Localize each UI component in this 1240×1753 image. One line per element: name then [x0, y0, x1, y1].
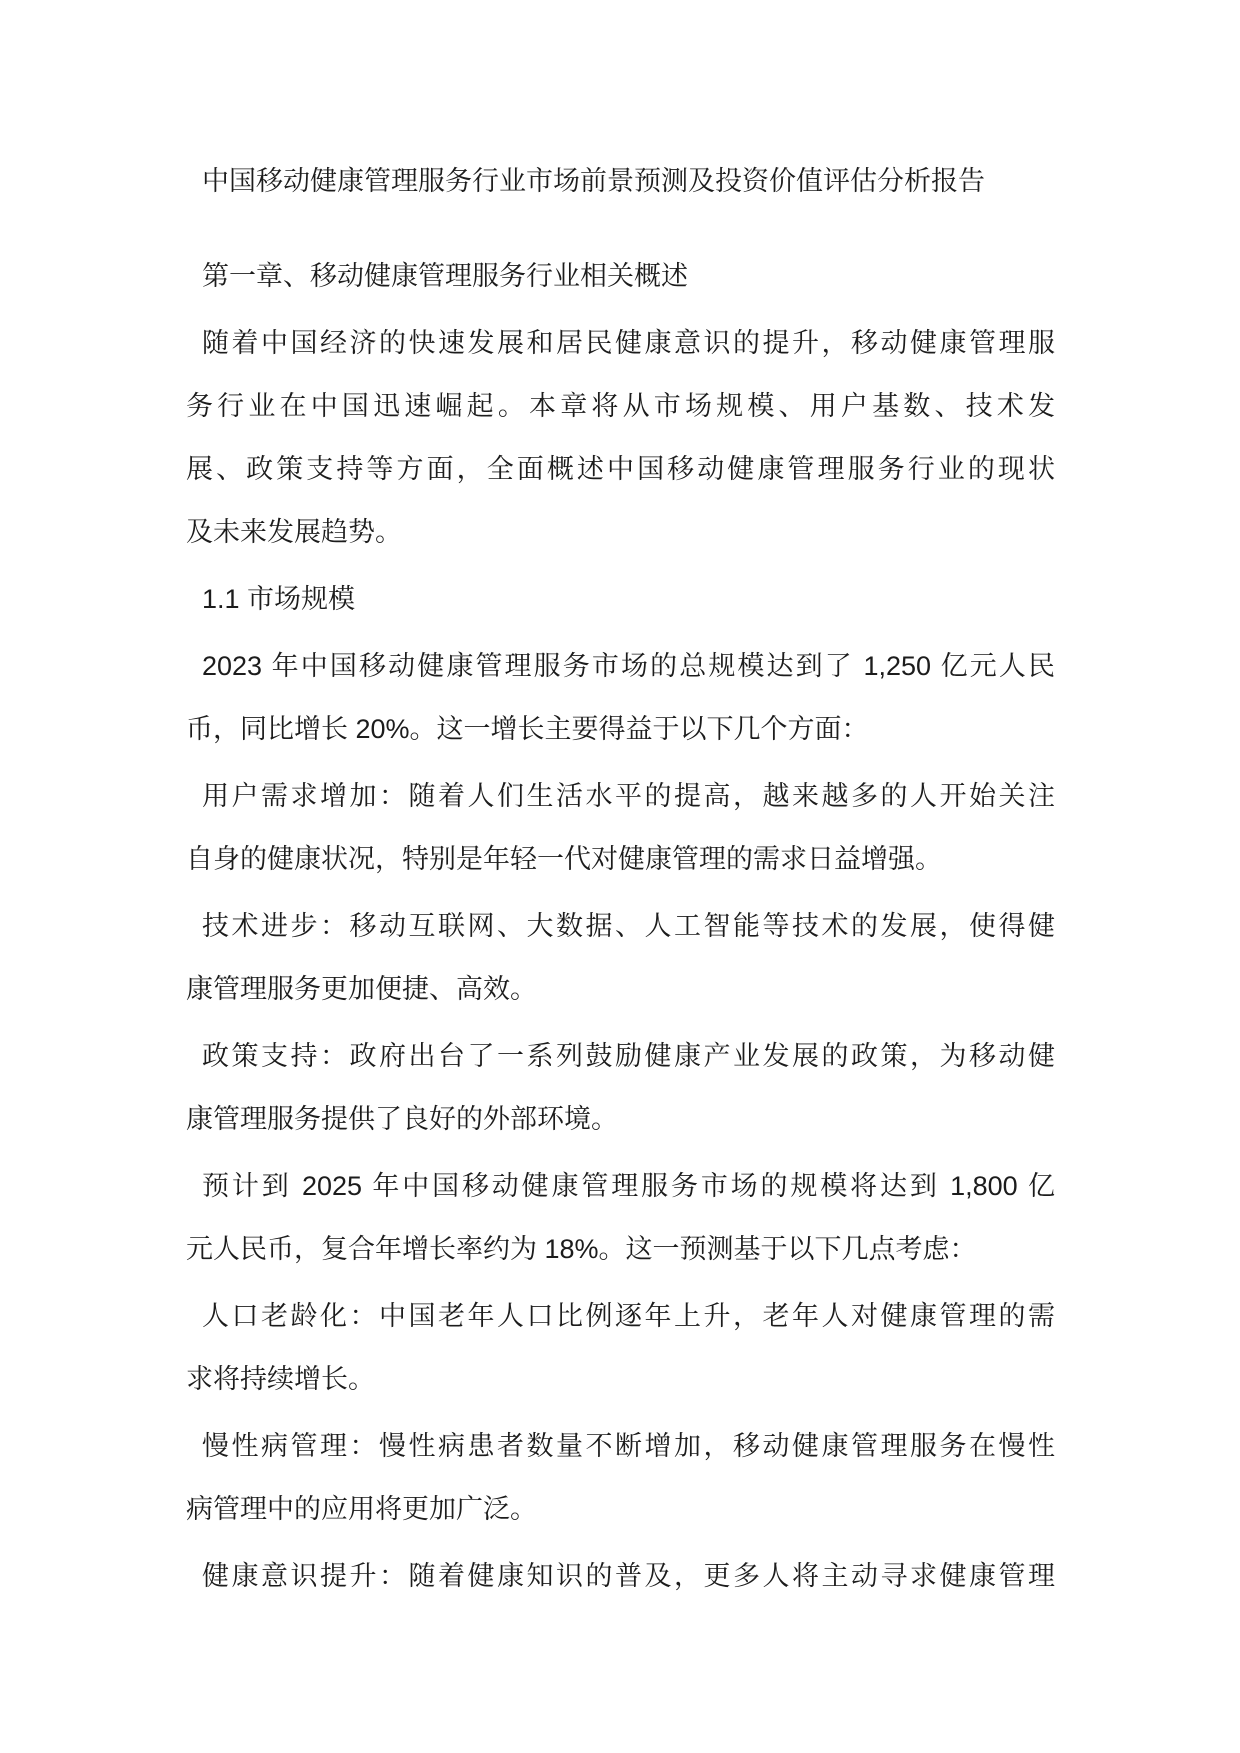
text-line: 技术进步：移动互联网、大数据、人工智能等技术的发展，使得健: [186, 895, 1055, 958]
text-line: 病管理中的应用将更加广泛。: [186, 1478, 1055, 1541]
document-page: 中国移动健康管理服务行业市场前景预测及投资价值评估分析报告 第一章、移动健康管理…: [0, 0, 1240, 1753]
chapter-1-heading: 第一章、移动健康管理服务行业相关概述: [186, 245, 1055, 308]
forecast-2025-paragraph: 预计到 2025 年中国移动健康管理服务市场的规模将达到 1,800 亿 元人民…: [186, 1155, 1055, 1281]
factor-aging-paragraph: 人口老龄化：中国老年人口比例逐年上升，老年人对健康管理的需 求将持续增长。: [186, 1285, 1055, 1411]
report-title: 中国移动健康管理服务行业市场前景预测及投资价值评估分析报告: [186, 150, 1055, 213]
text-line: 人口老龄化：中国老年人口比例逐年上升，老年人对健康管理的需: [186, 1285, 1055, 1348]
text-line: 随着中国经济的快速发展和居民健康意识的提升，移动健康管理服: [186, 312, 1055, 375]
factor-health-awareness-paragraph: 健康意识提升：随着健康知识的普及，更多人将主动寻求健康管理: [186, 1545, 1055, 1608]
text-line: 务行业在中国迅速崛起。本章将从市场规模、用户基数、技术发: [186, 375, 1055, 438]
factor-user-demand-paragraph: 用户需求增加：随着人们生活水平的提高，越来越多的人开始关注 自身的健康状况，特别…: [186, 765, 1055, 891]
text-line: 2023 年中国移动健康管理服务市场的总规模达到了 1,250 亿元人民: [186, 635, 1055, 698]
factor-policy-paragraph: 政策支持：政府出台了一系列鼓励健康产业发展的政策，为移动健 康管理服务提供了良好…: [186, 1025, 1055, 1151]
text-line: 健康意识提升：随着健康知识的普及，更多人将主动寻求健康管理: [186, 1545, 1055, 1608]
text-line: 预计到 2025 年中国移动健康管理服务市场的规模将达到 1,800 亿: [186, 1155, 1055, 1218]
text-line: 政策支持：政府出台了一系列鼓励健康产业发展的政策，为移动健: [186, 1025, 1055, 1088]
text-line: 展、政策支持等方面，全面概述中国移动健康管理服务行业的现状: [186, 438, 1055, 501]
section-1-1-heading: 1.1 市场规模: [186, 568, 1055, 631]
text-line: 慢性病管理：慢性病患者数量不断增加，移动健康管理服务在慢性: [186, 1415, 1055, 1478]
text-line: 及未来发展趋势。: [186, 501, 1055, 564]
text-line: 康管理服务提供了良好的外部环境。: [186, 1088, 1055, 1151]
text-line: 求将持续增长。: [186, 1348, 1055, 1411]
text-line: 康管理服务更加便捷、高效。: [186, 958, 1055, 1021]
text-line: 币，同比增长 20%。这一增长主要得益于以下几个方面：: [186, 698, 1055, 761]
chapter-heading-paragraph: 第一章、移动健康管理服务行业相关概述: [186, 245, 1055, 308]
text-line: 自身的健康状况，特别是年轻一代对健康管理的需求日益增强。: [186, 828, 1055, 891]
report-title-paragraph: 中国移动健康管理服务行业市场前景预测及投资价值评估分析报告: [186, 150, 1055, 213]
factor-technology-paragraph: 技术进步：移动互联网、大数据、人工智能等技术的发展，使得健 康管理服务更加便捷、…: [186, 895, 1055, 1021]
text-line: 元人民币，复合年增长率约为 18%。这一预测基于以下几点考虑：: [186, 1218, 1055, 1281]
factor-chronic-disease-paragraph: 慢性病管理：慢性病患者数量不断增加，移动健康管理服务在慢性 病管理中的应用将更加…: [186, 1415, 1055, 1541]
text-line: 用户需求增加：随着人们生活水平的提高，越来越多的人开始关注: [186, 765, 1055, 828]
section-1-1-heading-paragraph: 1.1 市场规模: [186, 568, 1055, 631]
market-2023-paragraph: 2023 年中国移动健康管理服务市场的总规模达到了 1,250 亿元人民 币，同…: [186, 635, 1055, 761]
chapter-intro-paragraph: 随着中国经济的快速发展和居民健康意识的提升，移动健康管理服 务行业在中国迅速崛起…: [186, 312, 1055, 564]
